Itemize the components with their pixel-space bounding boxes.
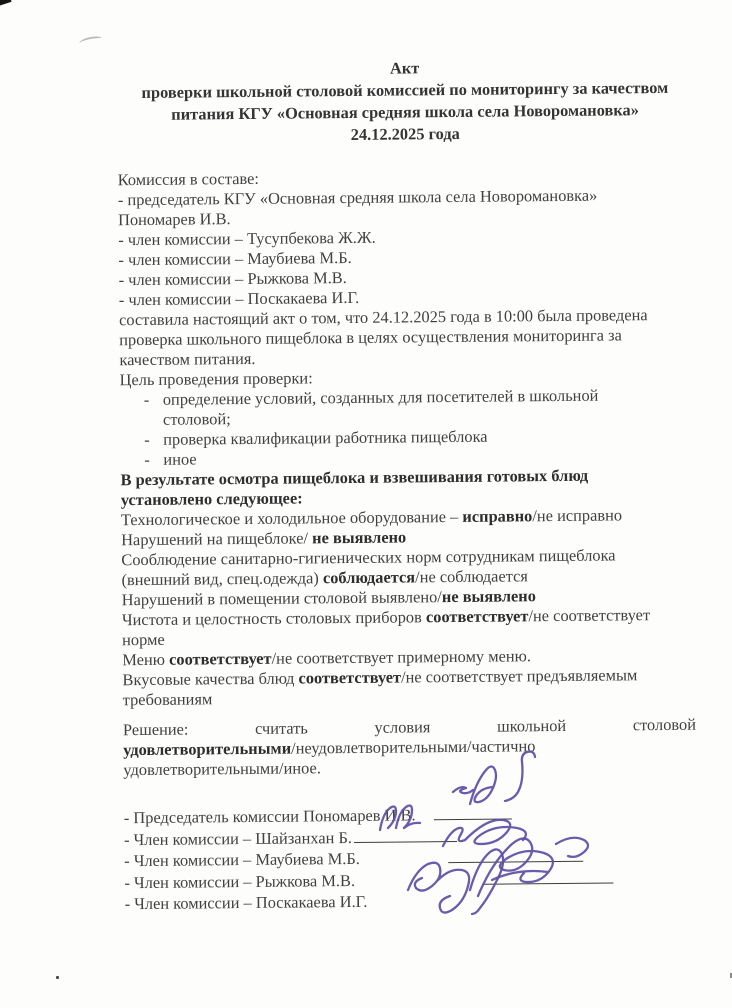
signature-line bbox=[483, 868, 613, 884]
signature-label: - Член комиссии – Шайзанхан Б. bbox=[124, 828, 352, 849]
result-selected-value: соблюдается bbox=[323, 567, 415, 587]
dash-bullet: - bbox=[144, 450, 163, 470]
purpose-item-text: определение условий, созданных для посет… bbox=[163, 386, 599, 430]
result-text: /не соответствует bbox=[528, 605, 650, 625]
signature-label: - Председатель комиссии Пономарев И.В. bbox=[124, 805, 416, 827]
signature-row: - Член комиссии – Поскакаева И.Г. bbox=[125, 888, 701, 915]
signature-line bbox=[448, 847, 583, 863]
decision-section: Решение: считать условия школьной столов… bbox=[123, 715, 700, 781]
result-text: норме bbox=[122, 630, 165, 649]
result-text: Сооблюдение санитарно-гигиенических норм… bbox=[121, 545, 615, 569]
decision-text: /неудовлетворительными/частично bbox=[291, 736, 536, 757]
pencil-mark-artifact bbox=[79, 35, 103, 46]
result-text: Технологическое и холодильное оборудован… bbox=[121, 507, 463, 529]
decision-word: столовой bbox=[633, 715, 696, 736]
decision-line: удовлетворительными/иное. bbox=[123, 755, 699, 781]
signature-label: - Член комиссии – Рыжкова М.В. bbox=[124, 870, 355, 891]
purpose-item-line: иное bbox=[163, 449, 196, 469]
signature-label: - Член комиссии – Маубиева М.Б. bbox=[124, 849, 360, 870]
result-text: Вкусовые качества блюд bbox=[122, 669, 298, 690]
signature-line bbox=[433, 804, 511, 820]
results-section: Технологическое и холодильное оборудован… bbox=[121, 505, 699, 711]
decision-selected-value: удовлетворительными bbox=[123, 739, 291, 760]
purpose-item-line: проверка квалификации работника пищеблок… bbox=[163, 427, 488, 450]
purpose-item-line: столовой; bbox=[163, 406, 599, 430]
act-statement: составила настоящий акт о том, что 24.12… bbox=[119, 305, 696, 371]
purpose-item-text: проверка квалификации работника пищеблок… bbox=[163, 427, 488, 450]
result-text: Меню bbox=[122, 650, 169, 669]
result-selected-value: исправно bbox=[462, 506, 532, 526]
result-text: (внешний вид, спец.одежда) bbox=[121, 568, 323, 589]
scanned-document-page: Акт проверки школьной столовой комиссией… bbox=[0, 0, 732, 1008]
purpose-list: - определение условий, созданных для пос… bbox=[120, 385, 697, 471]
signatures-section: - Председатель комиссии Пономарев И.В. -… bbox=[124, 802, 701, 915]
purpose-item: - определение условий, созданных для пос… bbox=[120, 385, 696, 431]
result-selected-value: соответствует bbox=[169, 649, 272, 669]
result-selected-value: соответствует bbox=[426, 606, 529, 626]
result-text: Нарушений на пищеблоке/ bbox=[121, 528, 312, 549]
result-text: /не исправно bbox=[532, 505, 622, 525]
result-text: /не соблюдается bbox=[415, 566, 528, 586]
decision-word: Решение: bbox=[123, 720, 189, 741]
decision-word: считать bbox=[255, 718, 308, 739]
result-selected-value: соответствует bbox=[298, 668, 401, 688]
result-text: Чистота и целостность столовых приборов bbox=[122, 607, 426, 629]
decision-word: школьной bbox=[497, 716, 566, 737]
result-selected-value: не выявлено bbox=[312, 527, 406, 547]
dash-bullet: - bbox=[144, 390, 163, 430]
document-title: Акт проверки школьной столовой комиссией… bbox=[117, 55, 694, 149]
commission-section: Комиссия в составе: - председатель КГУ «… bbox=[118, 165, 695, 311]
purpose-item-line: определение условий, созданных для посет… bbox=[163, 386, 599, 410]
scan-corner-artifact bbox=[0, 0, 12, 6]
result-text: требованиям bbox=[123, 689, 213, 709]
document-body: Акт проверки школьной столовой комиссией… bbox=[117, 55, 701, 915]
result-text: Нарушений в помещении столовой выявлено/ bbox=[122, 587, 442, 609]
results-heading: В результате осмотра пищеблока и взвешив… bbox=[120, 465, 696, 511]
signature-line bbox=[354, 826, 457, 842]
purpose-section: Цель проведения проверки: - определение … bbox=[120, 365, 697, 471]
signature-label: - Член комиссии – Поскакаева И.Г. bbox=[125, 892, 368, 913]
result-line: требованиям bbox=[123, 685, 699, 711]
result-text: /не соответствует предъявляемым bbox=[401, 665, 638, 686]
result-text: /не соответствует примерному меню. bbox=[271, 646, 531, 667]
dash-bullet: - bbox=[144, 430, 163, 450]
dust-speck-artifact bbox=[56, 976, 59, 979]
purpose-item-text: иное bbox=[163, 449, 196, 469]
result-selected-value: не выявлено bbox=[442, 586, 536, 606]
decision-word: условия bbox=[374, 717, 430, 738]
